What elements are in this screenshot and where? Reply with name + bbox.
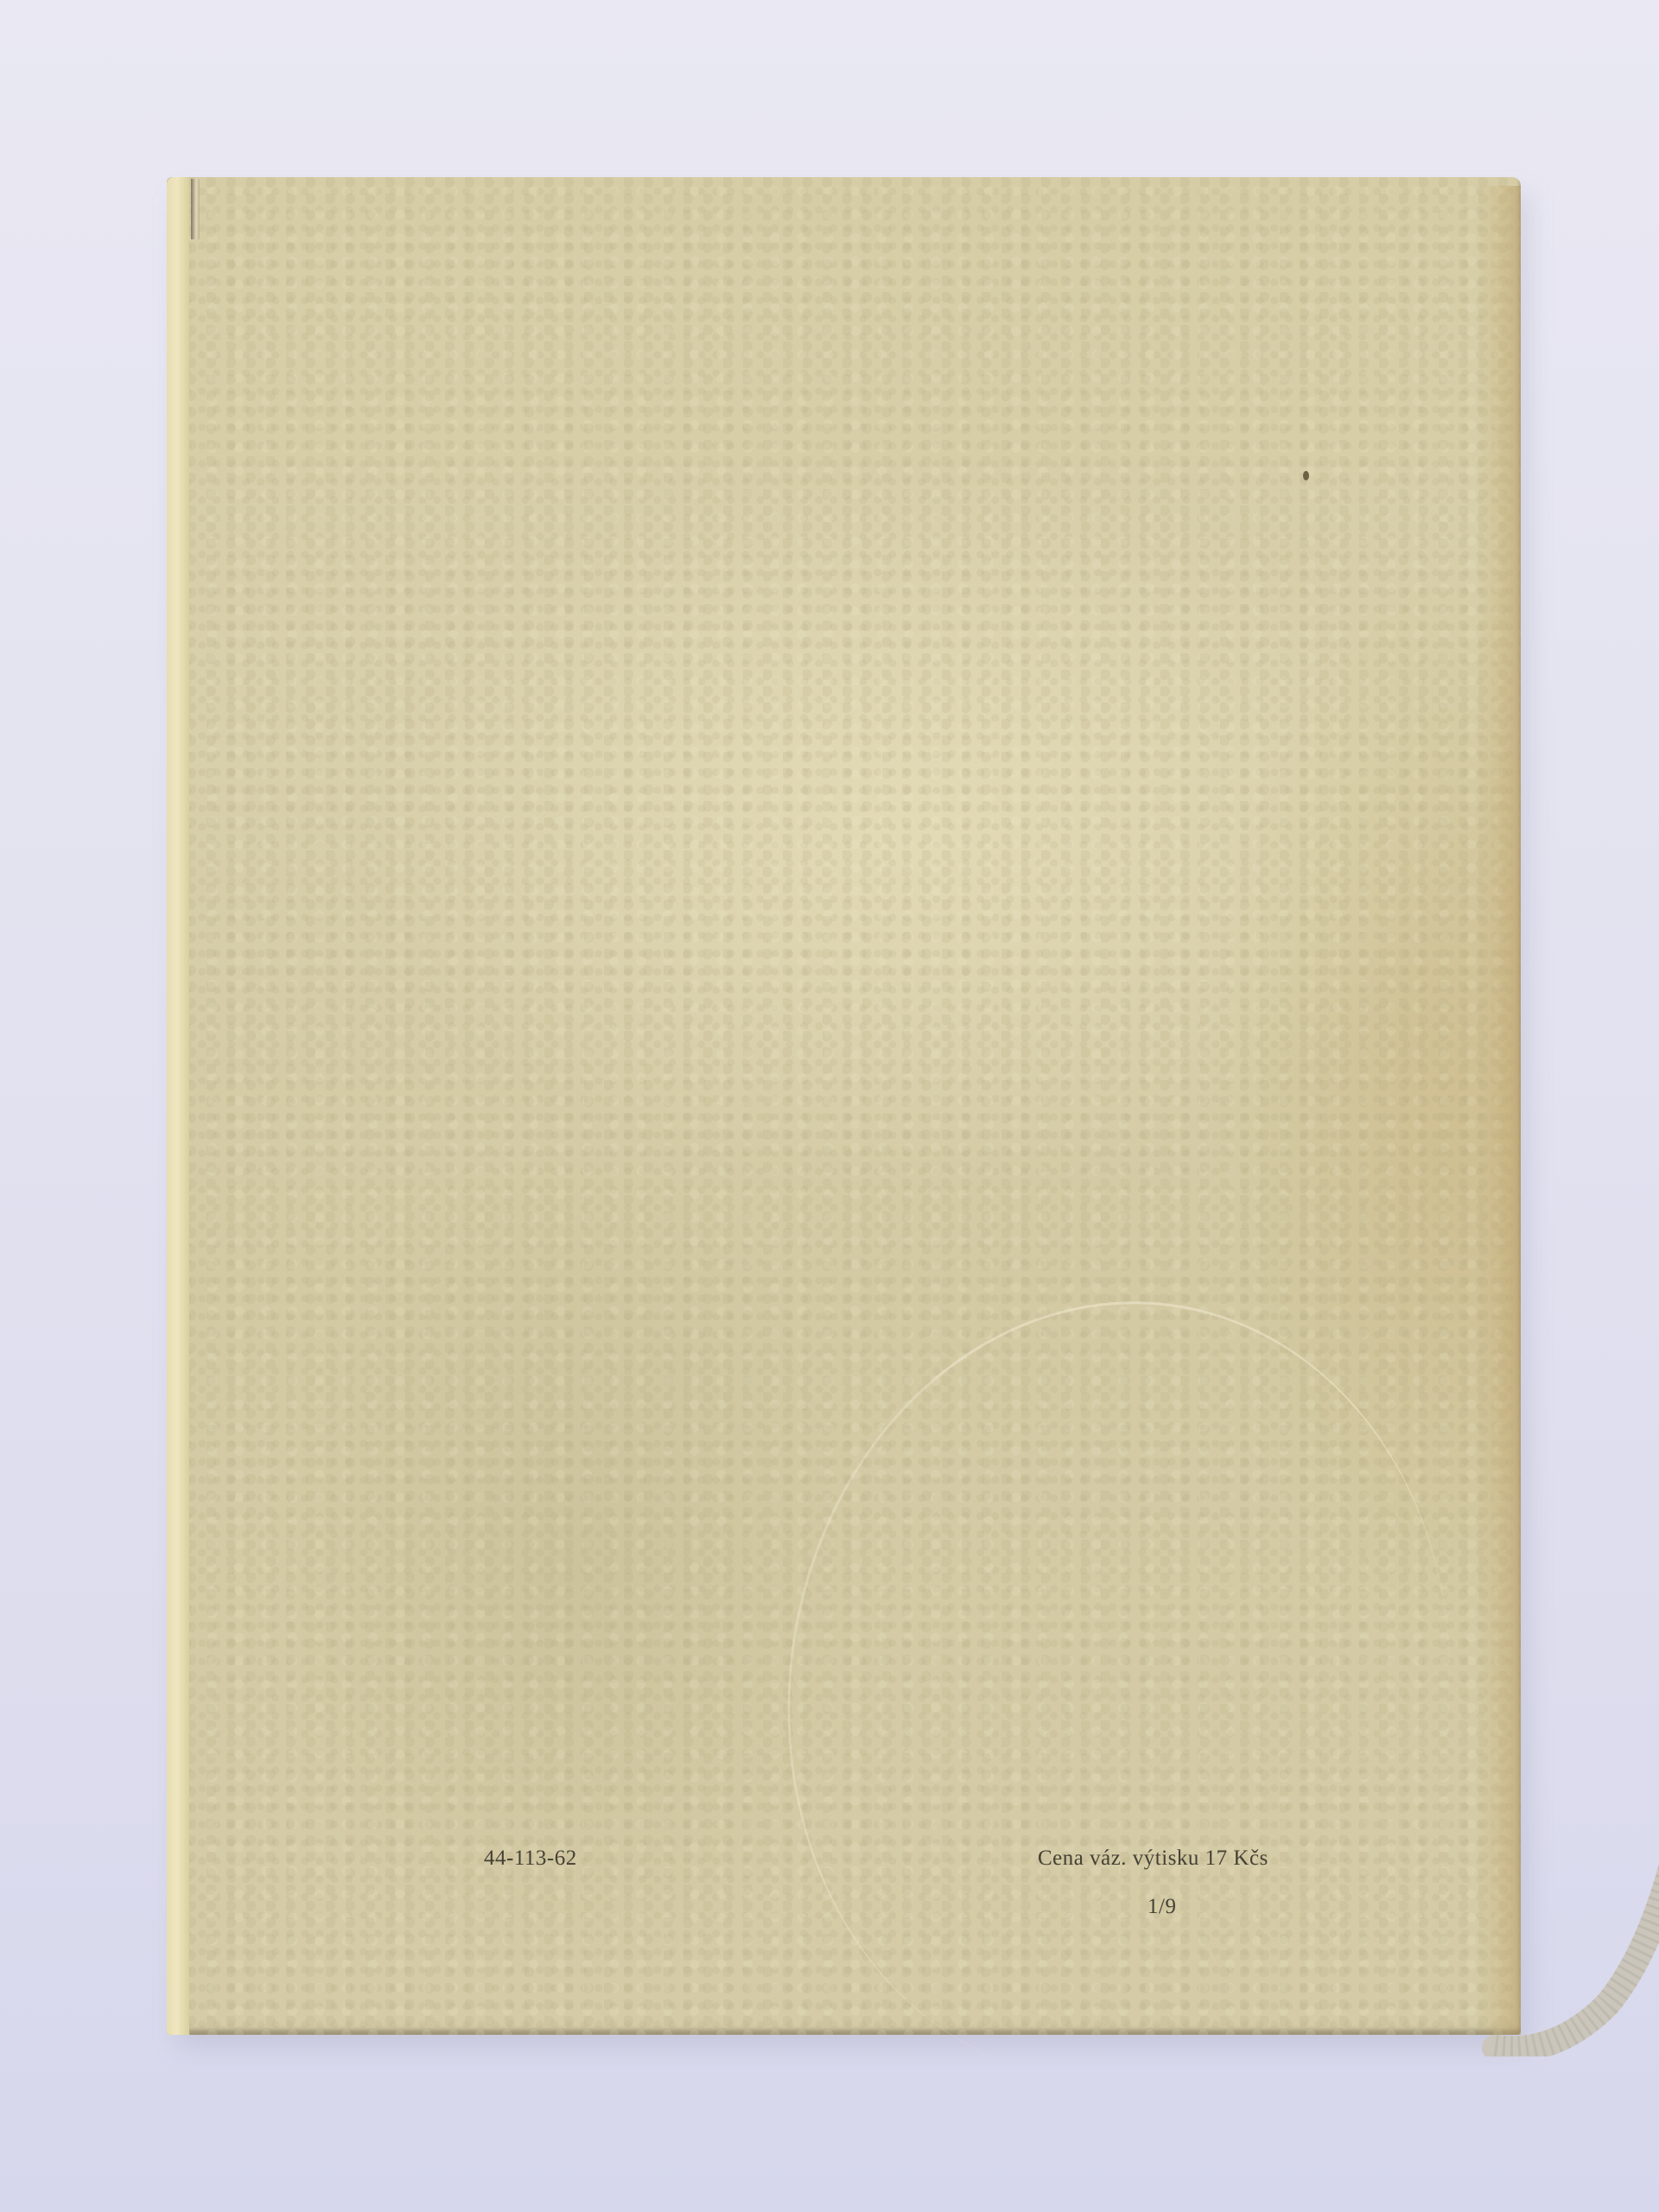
dirt-speck	[1303, 471, 1309, 480]
page-edge-shading	[1478, 186, 1521, 2035]
book-back-cover: 44-113-62 Cena váz. výtisku 17 Kčs 1/9	[167, 177, 1521, 2035]
price-label: Cena váz. výtisku 17 Kčs	[1038, 1847, 1268, 1871]
photo-scene: 44-113-62 Cena váz. výtisku 17 Kčs 1/9	[0, 0, 1659, 2212]
spine-edge	[167, 177, 189, 2035]
spine-tear	[191, 179, 200, 239]
catalog-number: 44-113-62	[484, 1847, 577, 1871]
sheet-mark: 1/9	[1147, 1895, 1176, 1919]
